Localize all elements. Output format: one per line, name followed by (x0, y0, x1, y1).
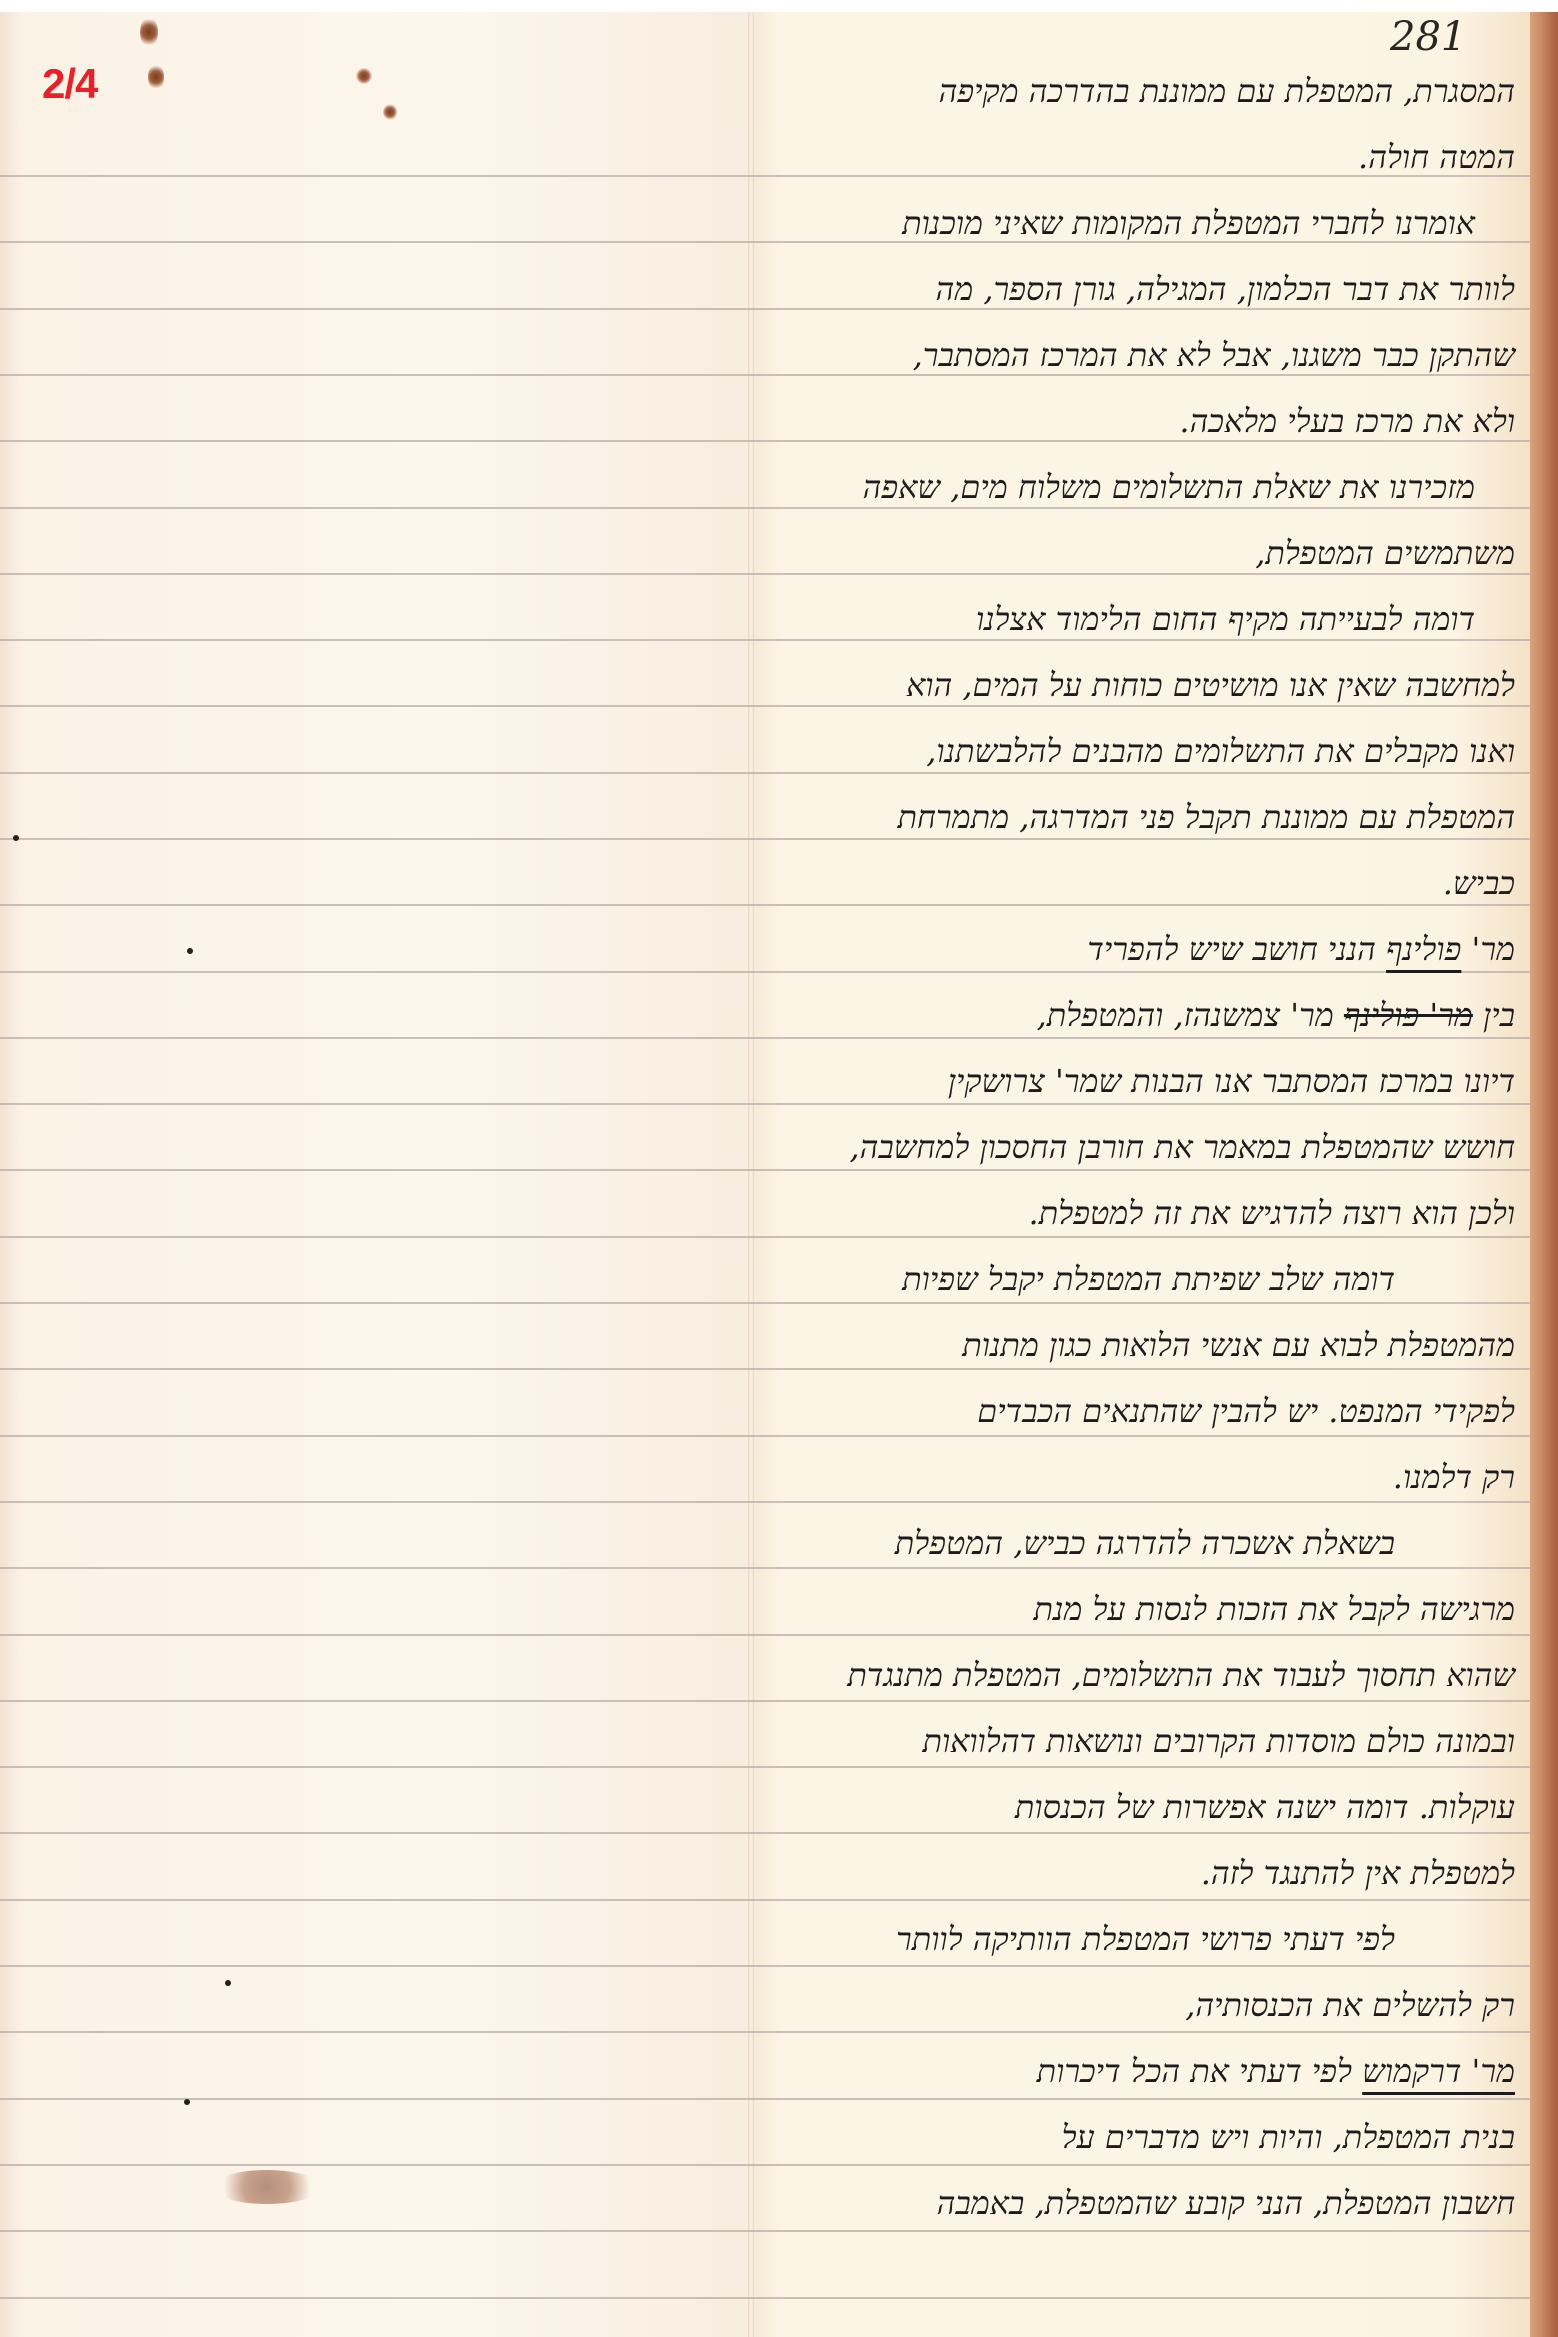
underlined-name: מר' דרקמוש (1362, 2052, 1515, 2090)
handwritten-line: ובמונה כולם מוסדות הקרובים ונושאות דהלוו… (790, 1708, 1515, 1774)
ruled-line (0, 1501, 752, 1503)
ruled-line (0, 1567, 752, 1569)
ruled-line (0, 772, 752, 774)
ruled-line (0, 2098, 752, 2100)
ruled-line (0, 1899, 752, 1901)
ink-spot (184, 2099, 190, 2105)
handwritten-line: כביש. (790, 850, 1515, 916)
handwritten-line: חשבון המטפלת, הנני קובע שהמטפלת, באמבה (790, 2170, 1515, 2236)
ink-spot (187, 948, 193, 954)
paper-stain (212, 2170, 322, 2204)
ruled-line (0, 705, 752, 707)
page-tag-label: 2/4 (42, 60, 97, 108)
handwritten-line: למחשבה שאין אנו מושיטים כוחות על המים, ה… (790, 652, 1515, 718)
handwritten-line: מרגישה לקבל את הזכות לנסות על מנת (790, 1576, 1515, 1642)
page-number: 281 (1390, 14, 1466, 60)
handwritten-line: שהוא תחסוך לעבוד את התשלומים, המטפלת מתנ… (790, 1642, 1515, 1708)
ruled-line (0, 1037, 752, 1039)
ruled-line (0, 1236, 752, 1238)
ruled-line (0, 1435, 752, 1437)
ruled-line (0, 2031, 752, 2033)
ruled-line (0, 1634, 752, 1636)
handwritten-line: מהמטפלת לבוא עם אנשי הלואות כגון מתנות (790, 1312, 1515, 1378)
handwritten-line: למטפלת אין להתנגד לזה. (790, 1840, 1515, 1906)
paper-stain (356, 68, 372, 84)
handwritten-line: רק דלמנו. (790, 1444, 1515, 1510)
handwritten-line: מר' פולינף הנני חושב שיש להפריד (790, 916, 1515, 982)
ruled-line (0, 175, 752, 177)
handwritten-line: אומרנו לחברי המטפלת המקומות שאיני מוכנות (790, 190, 1515, 256)
paper-stain (383, 104, 397, 120)
handwritten-line: מזכירנו את שאלת התשלומים משלוח מים, שאפה (790, 454, 1515, 520)
ruled-line (0, 1832, 752, 1834)
ruled-line (0, 507, 752, 509)
ruled-line (0, 838, 752, 840)
ruled-line (0, 241, 752, 243)
handwritten-line: המטפלת עם ממוננת תקבל פני המדרגה, מתמרחת (790, 784, 1515, 850)
binding-edge (1530, 12, 1558, 2337)
ruled-line (0, 440, 752, 442)
ink-spot (225, 1980, 231, 1986)
ruled-line (0, 1103, 752, 1105)
handwritten-line: בין מר' פולינף מר' צמשנהז, והמטפלת, (790, 982, 1515, 1048)
ruled-line (752, 2297, 1530, 2299)
handwritten-line: לפי דעתי פרושי המטפלת הוותיקה לוותר (790, 1906, 1515, 1972)
ruled-line (0, 1169, 752, 1171)
paper-stain (148, 64, 164, 90)
page-gutter (748, 12, 754, 2337)
ruled-line (0, 1368, 752, 1370)
handwritten-line: המטה חולה. (790, 124, 1515, 190)
ruled-line (0, 639, 752, 641)
handwritten-line: דומה לבעייתה מקיף החום הלימוד אצלנו (790, 586, 1515, 652)
handwritten-line: לפקידי המנפט. יש להבין שהתנאים הכבדים (790, 1378, 1515, 1444)
ruled-line (0, 308, 752, 310)
ruled-line (0, 1302, 752, 1304)
notebook-spread: 2/4 281 המסגרת, המטפלת עם ממוננת בהדרכה … (0, 12, 1558, 2337)
ruled-line (0, 971, 752, 973)
ruled-line (0, 2230, 752, 2232)
handwritten-line: מר' דרקמוש לפי דעתי את הכל דיכרות (790, 2038, 1515, 2104)
ruled-line (0, 573, 752, 575)
handwritten-line: שהתקן כבר משגנו, אבל לא את המרכז המסתבר, (790, 322, 1515, 388)
ruled-line (0, 1700, 752, 1702)
ruled-line (0, 2164, 752, 2166)
handwritten-line: רק להשלים את הכנסותיה, (790, 1972, 1515, 2038)
struck-text: מר' פולינף (1344, 996, 1473, 1034)
handwritten-line: המסגרת, המטפלת עם ממוננת בהדרכה מקיפה (790, 58, 1515, 124)
ruled-line (0, 904, 752, 906)
ink-spot (13, 835, 19, 841)
left-page-blank (0, 12, 752, 2337)
handwritten-line: בנית המטפלת, והיות ויש מדברים על (790, 2104, 1515, 2170)
handwritten-line: דומה שלב שפיתת המטפלת יקבל שפיות (790, 1246, 1515, 1312)
ruled-line (0, 1766, 752, 1768)
ruled-line (0, 1965, 752, 1967)
handwritten-line: ולכן הוא רוצה להדגיש את זה למטפלת. (790, 1180, 1515, 1246)
underlined-name: פולינף (1386, 930, 1461, 968)
paper-stain (140, 17, 158, 47)
handwritten-text-block: המסגרת, המטפלת עם ממוננת בהדרכה מקיפההמט… (790, 58, 1515, 2236)
handwritten-line: משתמשים המטפלת, (790, 520, 1515, 586)
ruled-line (0, 2297, 752, 2299)
handwritten-line: דיונו במרכז המסתבר אנו הבנות שמר' צרושקי… (790, 1048, 1515, 1114)
handwritten-line: חושש שהמטפלת במאמר את חורבן החסכון למחשב… (790, 1114, 1515, 1180)
handwritten-line: ולא את מרכז בעלי מלאכה. (790, 388, 1515, 454)
handwritten-line: בשאלת אשכרה להדרגה כביש, המטפלת (790, 1510, 1515, 1576)
ruled-line (0, 374, 752, 376)
handwritten-line: לוותר את דבר הכלמון, המגילה, גורן הספר, … (790, 256, 1515, 322)
handwritten-line: ואנו מקבלים את התשלומים מהבנים להלבשתנו, (790, 718, 1515, 784)
handwritten-line: עוקלות. דומה ישנה אפשרות של הכנסות (790, 1774, 1515, 1840)
